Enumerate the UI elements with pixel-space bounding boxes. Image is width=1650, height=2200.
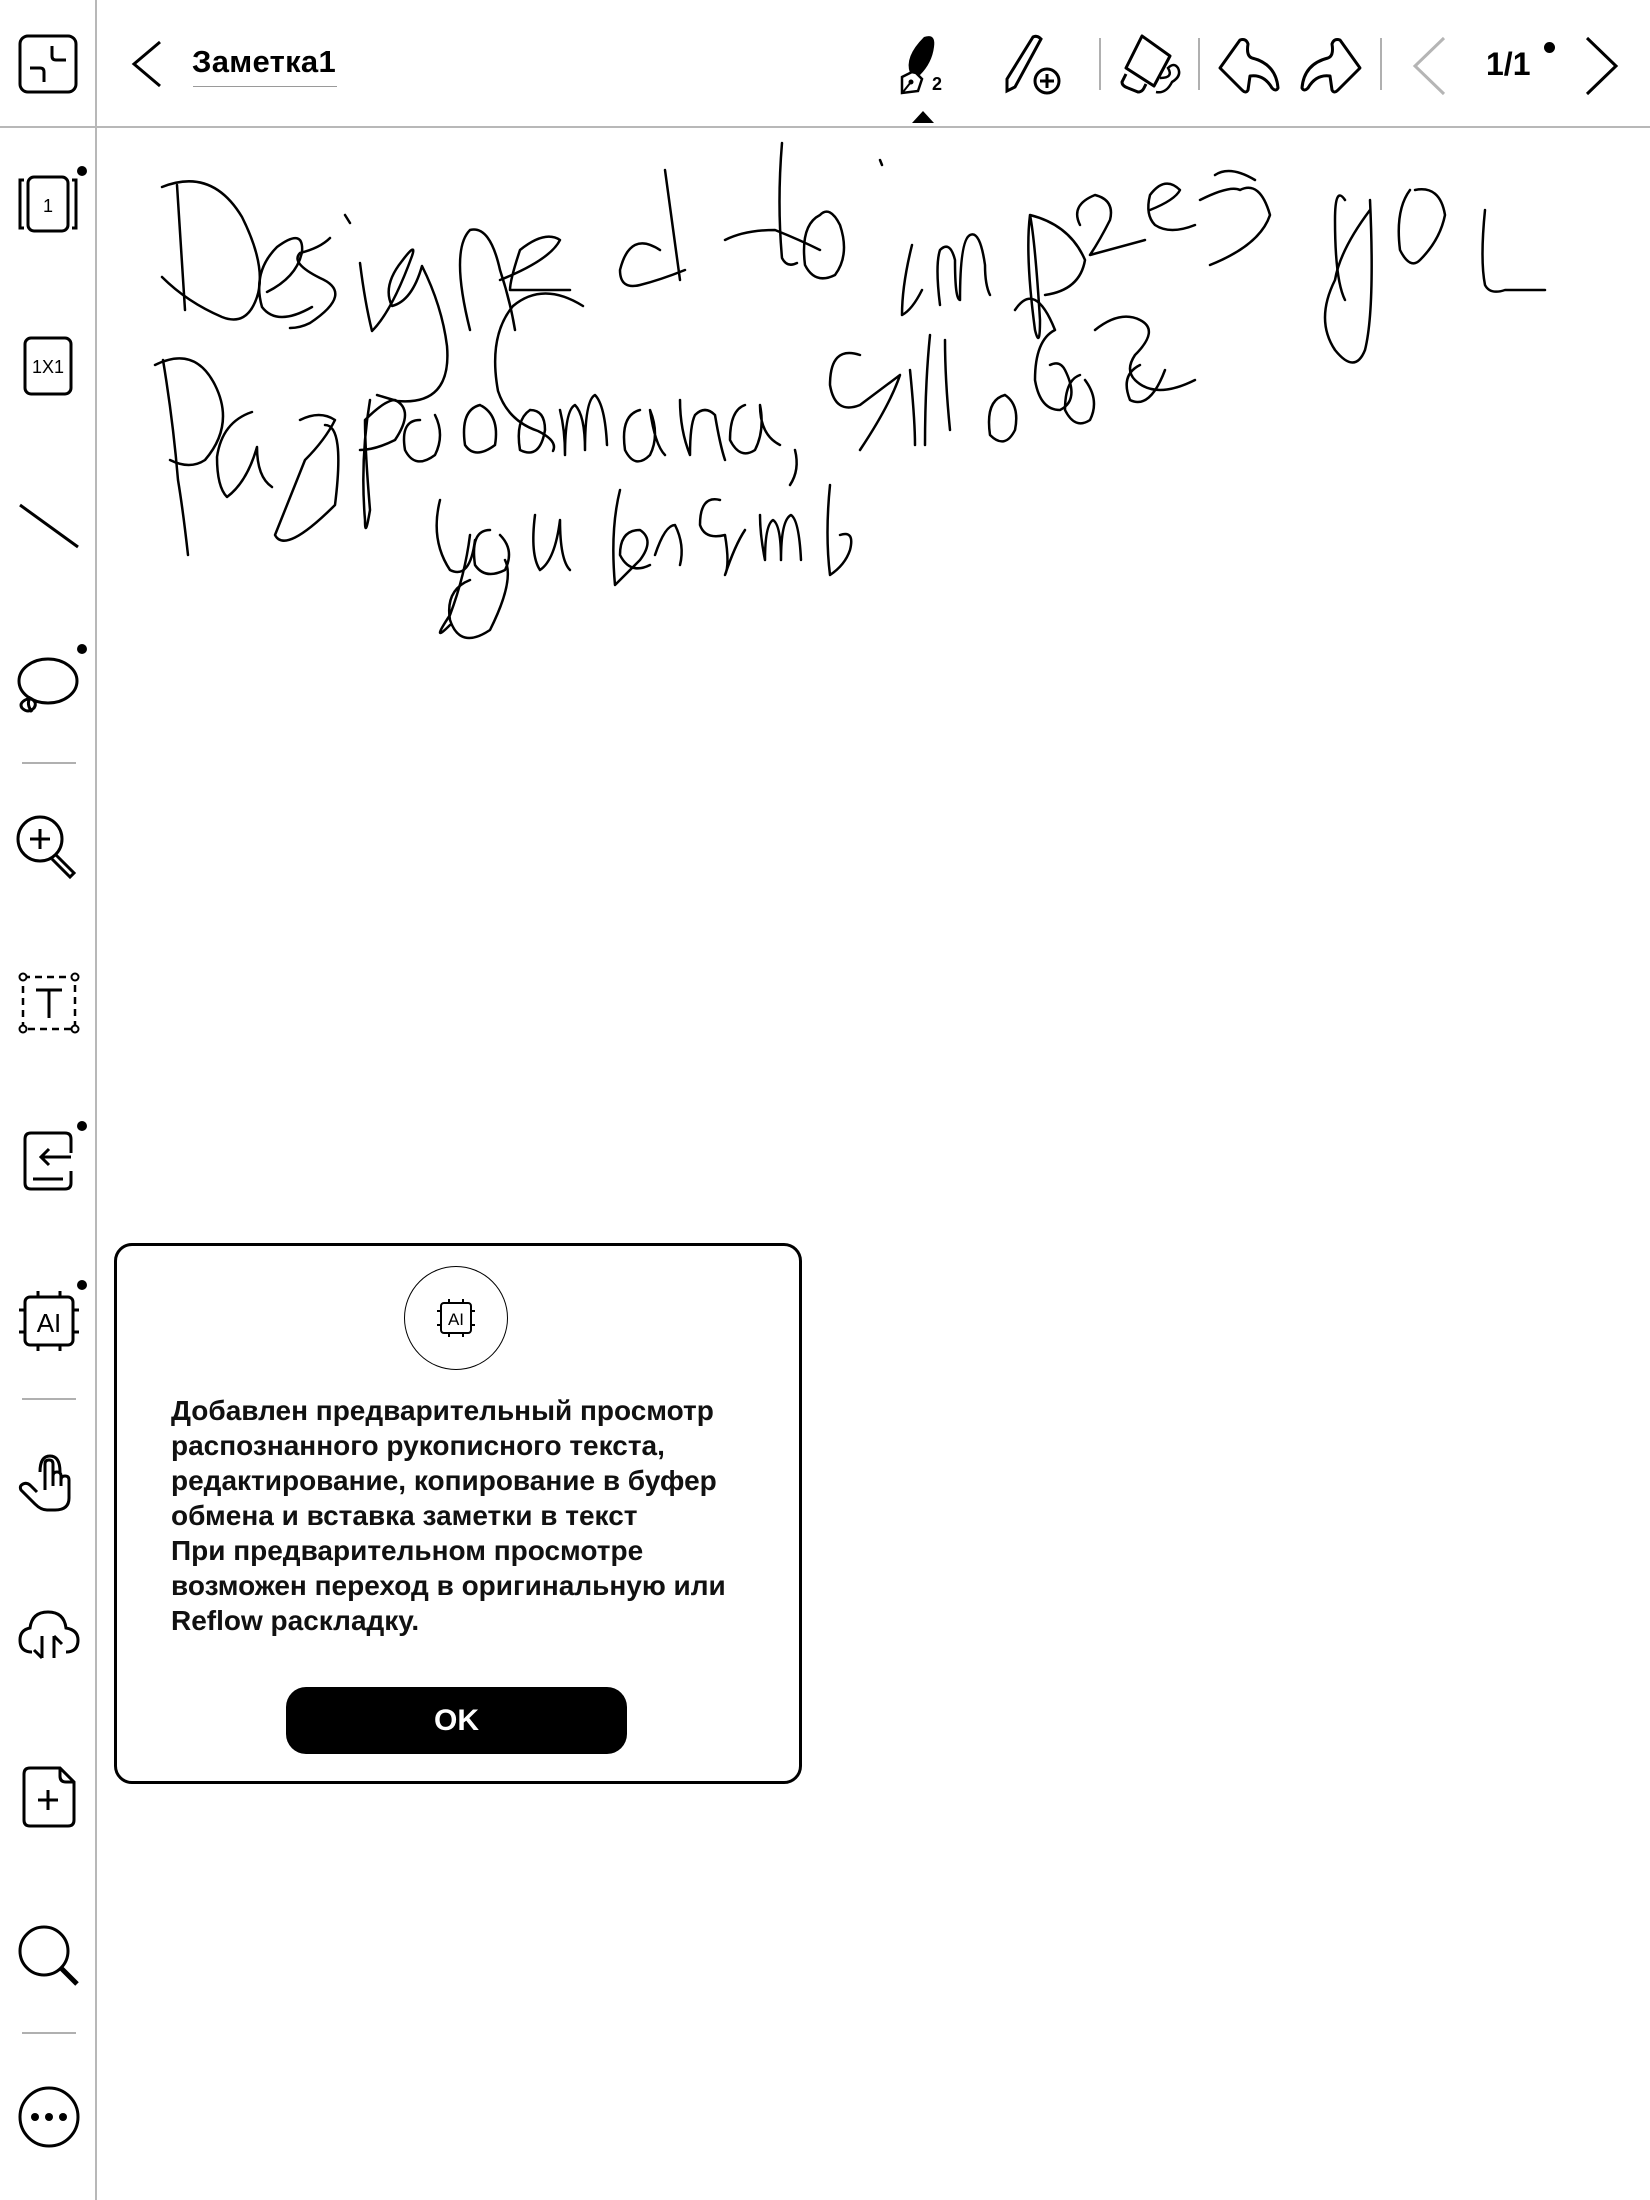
message-line: При предварительном просмотре [171,1533,771,1568]
dialog-ai-badge: AI [404,1266,508,1370]
dialog-message: Добавлен предварительный просмотр распоз… [171,1393,771,1638]
message-line: возможен переход в оригинальную или [171,1568,771,1603]
ok-button[interactable]: OK [286,1687,627,1754]
handwriting-canvas[interactable] [0,0,1650,2200]
svg-text:AI: AI [448,1310,464,1329]
message-line: обмена и вставка заметки в текст [171,1498,771,1533]
handwriting-line-1 [162,143,1545,401]
ai-icon: AI [436,1298,476,1338]
handwriting-line-3 [437,485,852,638]
message-line: Reflow раскладку. [171,1603,771,1638]
message-line: Добавлен предварительный просмотр [171,1393,771,1428]
message-line: редактирование, копирование в буфер [171,1463,771,1498]
message-line: распознанного рукописного текста, [171,1428,771,1463]
